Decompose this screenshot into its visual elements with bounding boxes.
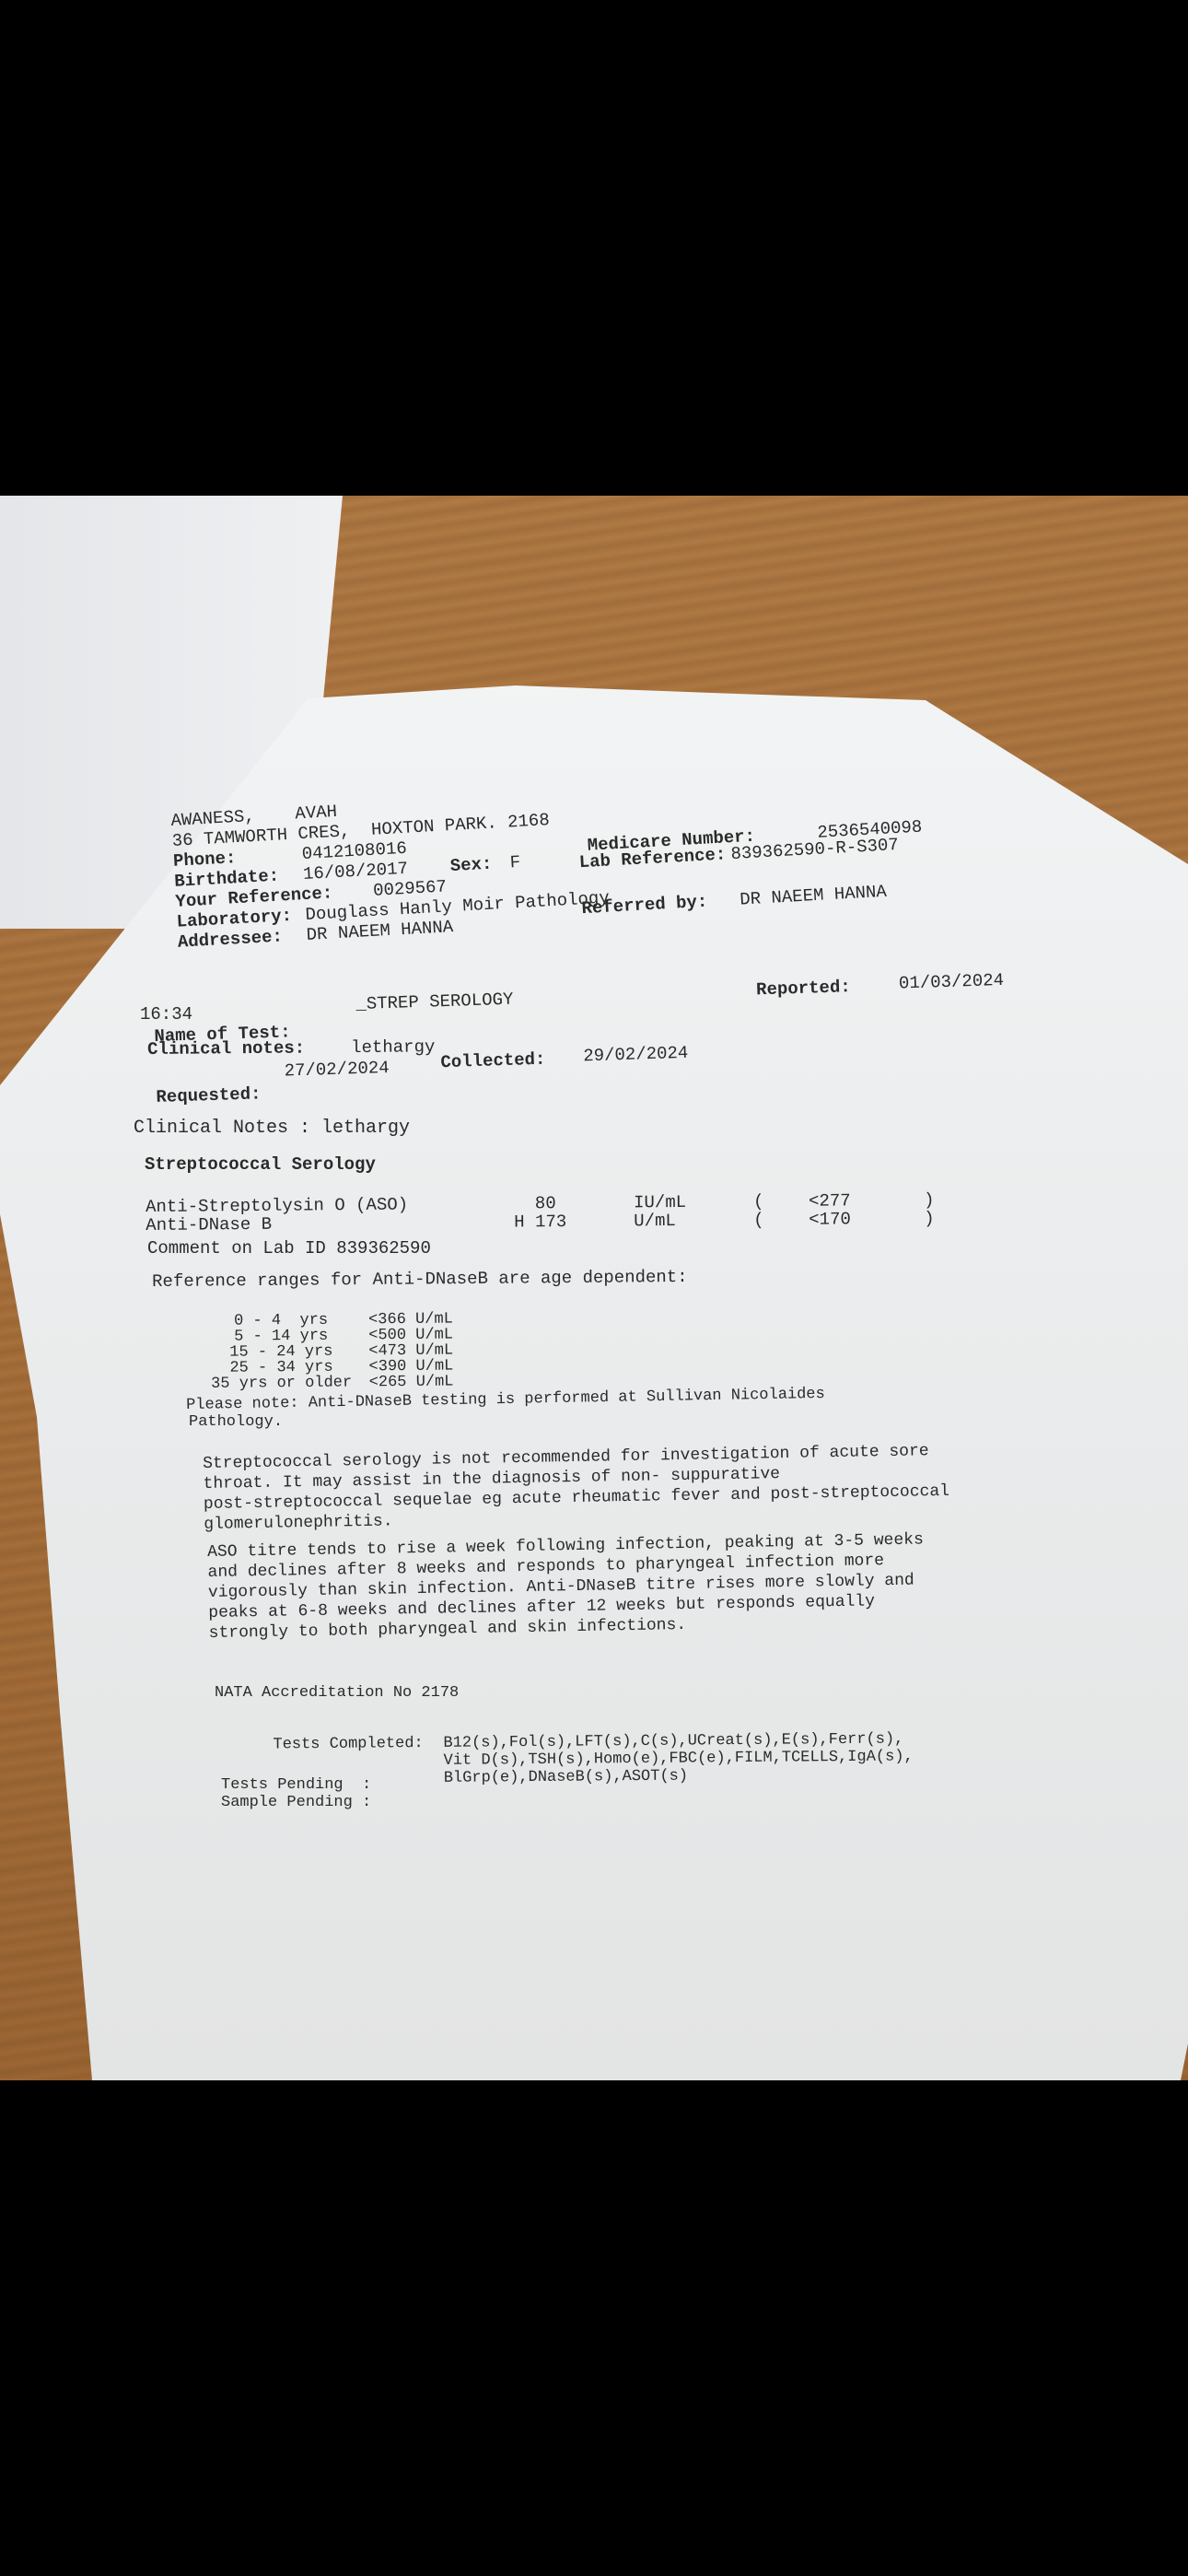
time-value: 16:34	[140, 1004, 192, 1025]
test-name-value: _STREP SEROLOGY	[355, 989, 514, 1014]
interpretation-paragraph-2: ASO titre tends to rise a week following…	[207, 1529, 926, 1644]
sex-value: F	[509, 852, 521, 873]
collected-label: Collected:	[440, 1049, 546, 1073]
result-unit: IU/mL	[634, 1192, 753, 1212]
photo: AWANESS,AVAH 36 TAMWORTH CRES, HOXTON PA…	[0, 496, 1188, 2080]
requested-label: Requested:	[156, 1083, 262, 1107]
age-limit: <265 U/mL	[369, 1374, 454, 1392]
result-reference-range: <277	[809, 1191, 924, 1211]
lab-report: AWANESS,AVAH 36 TAMWORTH CRES, HOXTON PA…	[0, 496, 1188, 2080]
results-table: Anti-Streptolysin O (ASO) 80IU/mL(<277)A…	[146, 1190, 942, 1235]
result-reference-range: <170	[809, 1210, 924, 1229]
clinical-notes-value: lethargy	[351, 1036, 435, 1058]
range-close: )	[924, 1209, 942, 1227]
tests-completed-label: Tests Completed:	[273, 1735, 443, 1754]
result-unit: U/mL	[634, 1211, 753, 1230]
nata-accreditation: NATA Accreditation No 2178	[215, 1684, 459, 1702]
reported-value: 01/03/2024	[899, 970, 1005, 994]
sample-pending: Sample Pending :	[221, 1794, 371, 1811]
result-value: H 173	[514, 1212, 634, 1231]
reference-intro: Reference ranges for Anti-DNaseB are age…	[152, 1267, 688, 1292]
tests-pending: Tests Pending :	[221, 1776, 371, 1794]
age-reference-ranges: 0 - 4 yrs<366 U/mL5 - 14 yrs<500 U/mL15 …	[193, 1312, 454, 1392]
sex-label: Sex:	[449, 854, 493, 877]
range-close: )	[924, 1190, 942, 1209]
clinical-notes-label: Clinical notes:	[147, 1038, 305, 1060]
section-title: Streptococcal Serology	[145, 1154, 376, 1175]
note-line-2: Pathology.	[189, 1413, 283, 1431]
test-info: Name of Test: _STREP SEROLOGY Reported: …	[152, 937, 1077, 1128]
range-open: (	[753, 1192, 809, 1212]
interpretation-paragraph-1: Streptococcal serology is not recommende…	[203, 1441, 950, 1535]
age-band: 35 yrs or older	[194, 1375, 369, 1392]
result-test-name: Anti-DNase B	[146, 1213, 514, 1235]
patient-header: AWANESS,AVAH 36 TAMWORTH CRES, HOXTON PA…	[170, 765, 1006, 953]
requested-value: 27/02/2024	[284, 1058, 390, 1082]
comment-line: Comment on Lab ID 839362590	[147, 1238, 431, 1259]
collected-value: 29/02/2024	[583, 1043, 689, 1067]
range-open: (	[753, 1211, 809, 1230]
tests-completed-list: B12(s),Fol(s),LFT(s),C(s),UCreat(s),E(s)…	[443, 1730, 914, 1786]
patient-given-name: AVAH	[295, 802, 338, 825]
clinical-notes-line: Clinical Notes : lethargy	[134, 1118, 410, 1139]
age-range-row: 35 yrs or older<265 U/mL	[194, 1375, 454, 1392]
reported-label: Reported:	[756, 977, 851, 1000]
result-value: 80	[514, 1193, 634, 1212]
clinical-notes: Clinical notes:lethargy	[147, 1036, 435, 1060]
